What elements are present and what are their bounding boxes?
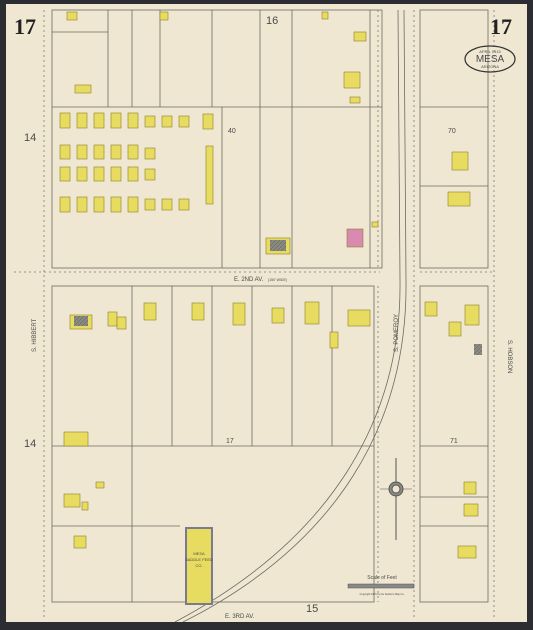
sheet-number-right: 17 (490, 14, 512, 39)
map-sheet: MESA SADDLE FEED CO. Scale of Feet Copyr… (6, 4, 527, 622)
block-number-15: 15 (306, 603, 318, 615)
stone-building (270, 240, 286, 251)
street-e-2nd-av: E. 2ND AV. (234, 277, 264, 283)
stone-building-3 (474, 344, 482, 355)
scale-bar: Scale of Feet Copyright 1915 by the Sanb… (348, 575, 414, 596)
street-width-note: (150' WIDE) (268, 278, 287, 282)
svg-text:Scale of Feet: Scale of Feet (367, 575, 397, 581)
feed-co-label-3: CO. (195, 563, 202, 568)
dwellings-block-17 (64, 152, 479, 558)
street-edges (14, 10, 494, 618)
street-e-3rd-av: E. 3RD AV. (225, 614, 255, 620)
feed-co-label-1: MESA (193, 551, 205, 556)
map-canvas: MESA SADDLE FEED CO. Scale of Feet Copyr… (6, 4, 527, 622)
city-badge: APRIL 1915 MESA ARIZONA (465, 46, 515, 72)
block-outlines (52, 10, 488, 602)
svg-text:ARIZONA: ARIZONA (481, 64, 499, 69)
block-number-70: 70 (448, 128, 456, 135)
street-s-hobson: S. HOBSON (506, 340, 512, 373)
street-s-pomeroy: S. POMEROY (394, 314, 400, 352)
block-number-16: 16 (266, 15, 278, 27)
block-number-17: 17 (226, 438, 234, 445)
brick-building (347, 229, 363, 247)
street-s-hibbert: S. HIBBERT (32, 318, 38, 352)
block-number-71: 71 (450, 438, 458, 445)
block-number-14-lower: 14 (24, 438, 36, 450)
block-number-14-upper: 14 (24, 132, 36, 144)
compass-rose-icon (380, 458, 412, 540)
svg-text:Copyright 1915 by the Sanborn: Copyright 1915 by the Sanborn Map Co. (360, 593, 405, 596)
sheet-number-left: 17 (14, 14, 36, 39)
block-number-40: 40 (228, 128, 236, 135)
feed-co-label-2: SADDLE FEED (185, 557, 213, 562)
stone-building-2 (74, 316, 88, 326)
